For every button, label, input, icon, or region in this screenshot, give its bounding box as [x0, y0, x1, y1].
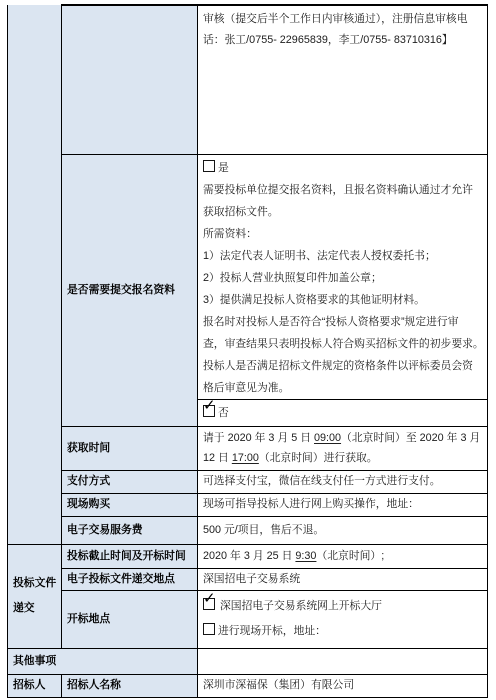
bid-info-table: 审核（提交后半个工作日内审核通过），注册信息审核电 话：张工/0755- 229…	[7, 4, 488, 698]
cell-payment-method-value: 可选择支付宝，微信在线支付任一方式进行支付。	[198, 470, 488, 493]
row-tenderer: 招标人 招标人名称 深圳市深福保（集团）有限公司	[8, 674, 488, 697]
option-onsite-opening-line: 进行现场开标，地址：	[203, 619, 485, 644]
row-service-fee: 电子交易服务费 500 元/项目，售后不退。	[8, 516, 488, 544]
row-label-service-fee: 电子交易服务费	[62, 516, 198, 544]
label-cell-empty	[62, 5, 198, 154]
row-continuation: 审核（提交后半个工作日内审核通过），注册信息审核电 话：张工/0755- 229…	[8, 5, 488, 154]
deadline-part-0: 2020 年 3 月 25 日	[203, 550, 295, 562]
row-label-acquire-time: 获取时间	[62, 426, 198, 470]
checkbox-onsite-opening-unchecked-icon[interactable]	[203, 623, 215, 635]
option-yes-label: 是	[218, 162, 229, 174]
row-label-bid-deadline: 投标截止时间及开标时间	[62, 544, 198, 568]
checkbox-yes-unchecked-icon[interactable]	[203, 160, 215, 172]
cell-bid-opening-place-value: 深国招电子交易系统网上开标大厅 进行现场开标，地址：	[198, 590, 488, 648]
cell-onsite-purchase-value: 现场可指导投标人进行网上购买操作，地址：	[198, 493, 488, 516]
row-electronic-submission-place: 电子投标文件递交地点 深国招电子交易系统	[8, 568, 488, 590]
deadline-time: 9:30	[295, 550, 316, 562]
row-label-signup-required: 是否需要提交报名资料	[62, 154, 198, 426]
option-online-hall-line: 深国招电子交易系统网上开标大厅	[203, 594, 485, 619]
group-cell-empty	[8, 5, 62, 544]
group-cell-tenderer: 招标人	[8, 674, 62, 697]
row-bid-deadline: 投标文件递交 投标截止时间及开标时间 2020 年 3 月 25 日 9:30（…	[8, 544, 488, 568]
deadline-part-2: （北京时间）;	[316, 550, 384, 562]
row-bid-opening-place: 开标地点 深国招电子交易系统网上开标大厅 进行现场开标，地址：	[8, 590, 488, 648]
acquire-part-0: 请于 2020 年 3 月 5 日	[203, 432, 314, 444]
document-page: 审核（提交后半个工作日内审核通过），注册信息审核电 话：张工/0755- 229…	[0, 0, 496, 700]
row-label-payment-method: 支付方式	[62, 470, 198, 493]
acquire-start-time: 09:00	[314, 432, 341, 444]
cell-bid-deadline-value: 2020 年 3 月 25 日 9:30（北京时间）;	[198, 544, 488, 568]
row-onsite-purchase: 现场购买 现场可指导投标人进行网上购买操作，地址：	[8, 493, 488, 516]
option-onsite-opening-label: 进行现场开标，地址：	[218, 625, 326, 637]
checkbox-no-checked-icon[interactable]	[203, 405, 215, 417]
row-label-electronic-submission-place: 电子投标文件递交地点	[62, 568, 198, 590]
cell-other-matters-value	[198, 648, 488, 674]
acquire-part-4: （北京时间）进行获取。	[259, 452, 378, 464]
group-cell-bid-submission: 投标文件递交	[8, 544, 62, 648]
checkbox-online-hall-checked-icon[interactable]	[203, 598, 215, 610]
row-label-onsite-purchase: 现场购买	[62, 493, 198, 516]
signup-requirements-text: 需要投标单位提交报名资料，且报名资料确认通过才允许 获取招标文件。 所需资料： …	[203, 179, 485, 399]
cell-registration-review-note: 审核（提交后半个工作日内审核通过），注册信息审核电 话：张工/0755- 229…	[198, 5, 488, 154]
acquire-end-time: 17:00	[232, 452, 259, 464]
row-acquire-time: 获取时间 请于 2020 年 3 月 5 日 09:00（北京时间）至 2020…	[8, 426, 488, 470]
option-yes-line: 是	[203, 157, 485, 179]
row-label-other-matters: 其他事项	[8, 648, 198, 674]
row-signup-required: 是否需要提交报名资料 是 需要投标单位提交报名资料，且报名资料确认通过才允许 获…	[8, 154, 488, 399]
cell-signup-option-yes-block: 是 需要投标单位提交报名资料，且报名资料确认通过才允许 获取招标文件。 所需资料…	[198, 154, 488, 399]
cell-signup-option-no: 否	[198, 399, 488, 426]
cell-service-fee-value: 500 元/项目，售后不退。	[198, 516, 488, 544]
cell-acquire-time-value: 请于 2020 年 3 月 5 日 09:00（北京时间）至 2020 年 3 …	[198, 426, 488, 470]
option-no-label: 否	[218, 407, 229, 419]
option-online-hall-label: 深国招电子交易系统网上开标大厅	[220, 600, 382, 612]
row-label-bid-opening-place: 开标地点	[62, 590, 198, 648]
row-label-tenderer-name: 招标人名称	[62, 674, 198, 697]
cell-tenderer-name-value: 深圳市深福保（集团）有限公司	[198, 674, 488, 697]
row-other-matters: 其他事项	[8, 648, 488, 674]
row-payment-method: 支付方式 可选择支付宝，微信在线支付任一方式进行支付。	[8, 470, 488, 493]
option-no-line: 否	[203, 407, 229, 419]
cell-electronic-submission-place-value: 深国招电子交易系统	[198, 568, 488, 590]
